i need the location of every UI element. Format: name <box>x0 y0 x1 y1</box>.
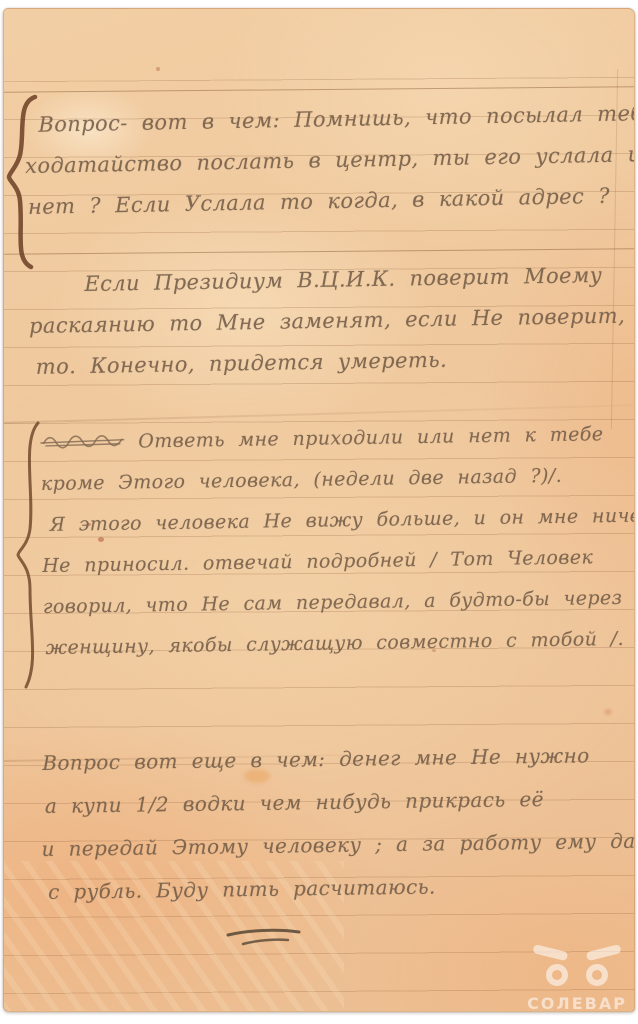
watermark-text: СОЛЕВАР <box>518 994 635 1012</box>
line-text: говорил, что Не сам передавал, а будто-б… <box>43 587 623 618</box>
line-text: Вопрос- вот в чем: Помнишь, что посылал … <box>38 101 635 137</box>
line-text: а купи 1/2 водки чем нибудь прикрась её <box>45 787 544 818</box>
handwritten-line: Вопрос вот еще в чем: денег мне Не нужно <box>40 734 635 785</box>
letter-paper: Вопрос- вот в чем: Помнишь, что посылал … <box>3 8 635 1012</box>
line-text: Не приносил. отвечай подробней / Тот Чел… <box>42 546 593 577</box>
handwritten-line: и передай Этому человеку ; а за работу е… <box>41 820 635 871</box>
handwritten-line: с рубль. Буду пить расчитаюсь. <box>42 863 635 914</box>
crossed-out-scribble <box>40 432 126 453</box>
closing-dash-flourish <box>226 927 302 951</box>
line-text: с рубль. Буду пить расчитаюсь. <box>48 874 436 903</box>
paragraph-question-petition: Вопрос- вот в чем: Помнишь, что посылал … <box>24 93 635 228</box>
line-text: Вопрос вот еще в чем: денег мне Не нужно <box>42 743 590 775</box>
site-watermark: СОЛЕВАР <box>518 942 635 1012</box>
paragraph-messenger: Ответь мне приходили или нет к тебе кром… <box>40 413 635 669</box>
line-text: ходатайство послать в центр, ты его усла… <box>25 142 635 178</box>
stain-spot <box>604 709 612 715</box>
line-text: нет ? Если Услала то когда, в какой адре… <box>28 184 610 219</box>
line-text: женщину, якобы служащую совместно с тобо… <box>45 628 624 659</box>
line-text: кроме Этого человека, (недели две назад … <box>41 465 562 495</box>
line-text: Если Президиум В.Ц.И.К. поверит Моему <box>84 263 602 296</box>
paragraph-presidium: Если Президиум В.Ц.И.К. поверит Моему ра… <box>28 255 626 388</box>
paragraph-money-vodka: Вопрос вот еще в чем: денег мне Не нужно… <box>40 734 635 914</box>
line-text: то. Конечно, придется умереть. <box>36 348 448 379</box>
line-text: Ответь мне приходили или нет к тебе <box>138 423 604 452</box>
line-text: раскаянию то Мне заменят, если Не повери… <box>29 304 625 338</box>
stain-spot <box>156 67 160 71</box>
scanned-letter-photo: { "document": { "kind": "handwritten-let… <box>0 0 638 1024</box>
angry-owl-eyes-icon <box>530 942 624 988</box>
line-text: и передай Этому человеку ; а за работу е… <box>41 829 635 861</box>
line-text: Я этого человека Не вижу больше, и он мн… <box>49 504 635 536</box>
